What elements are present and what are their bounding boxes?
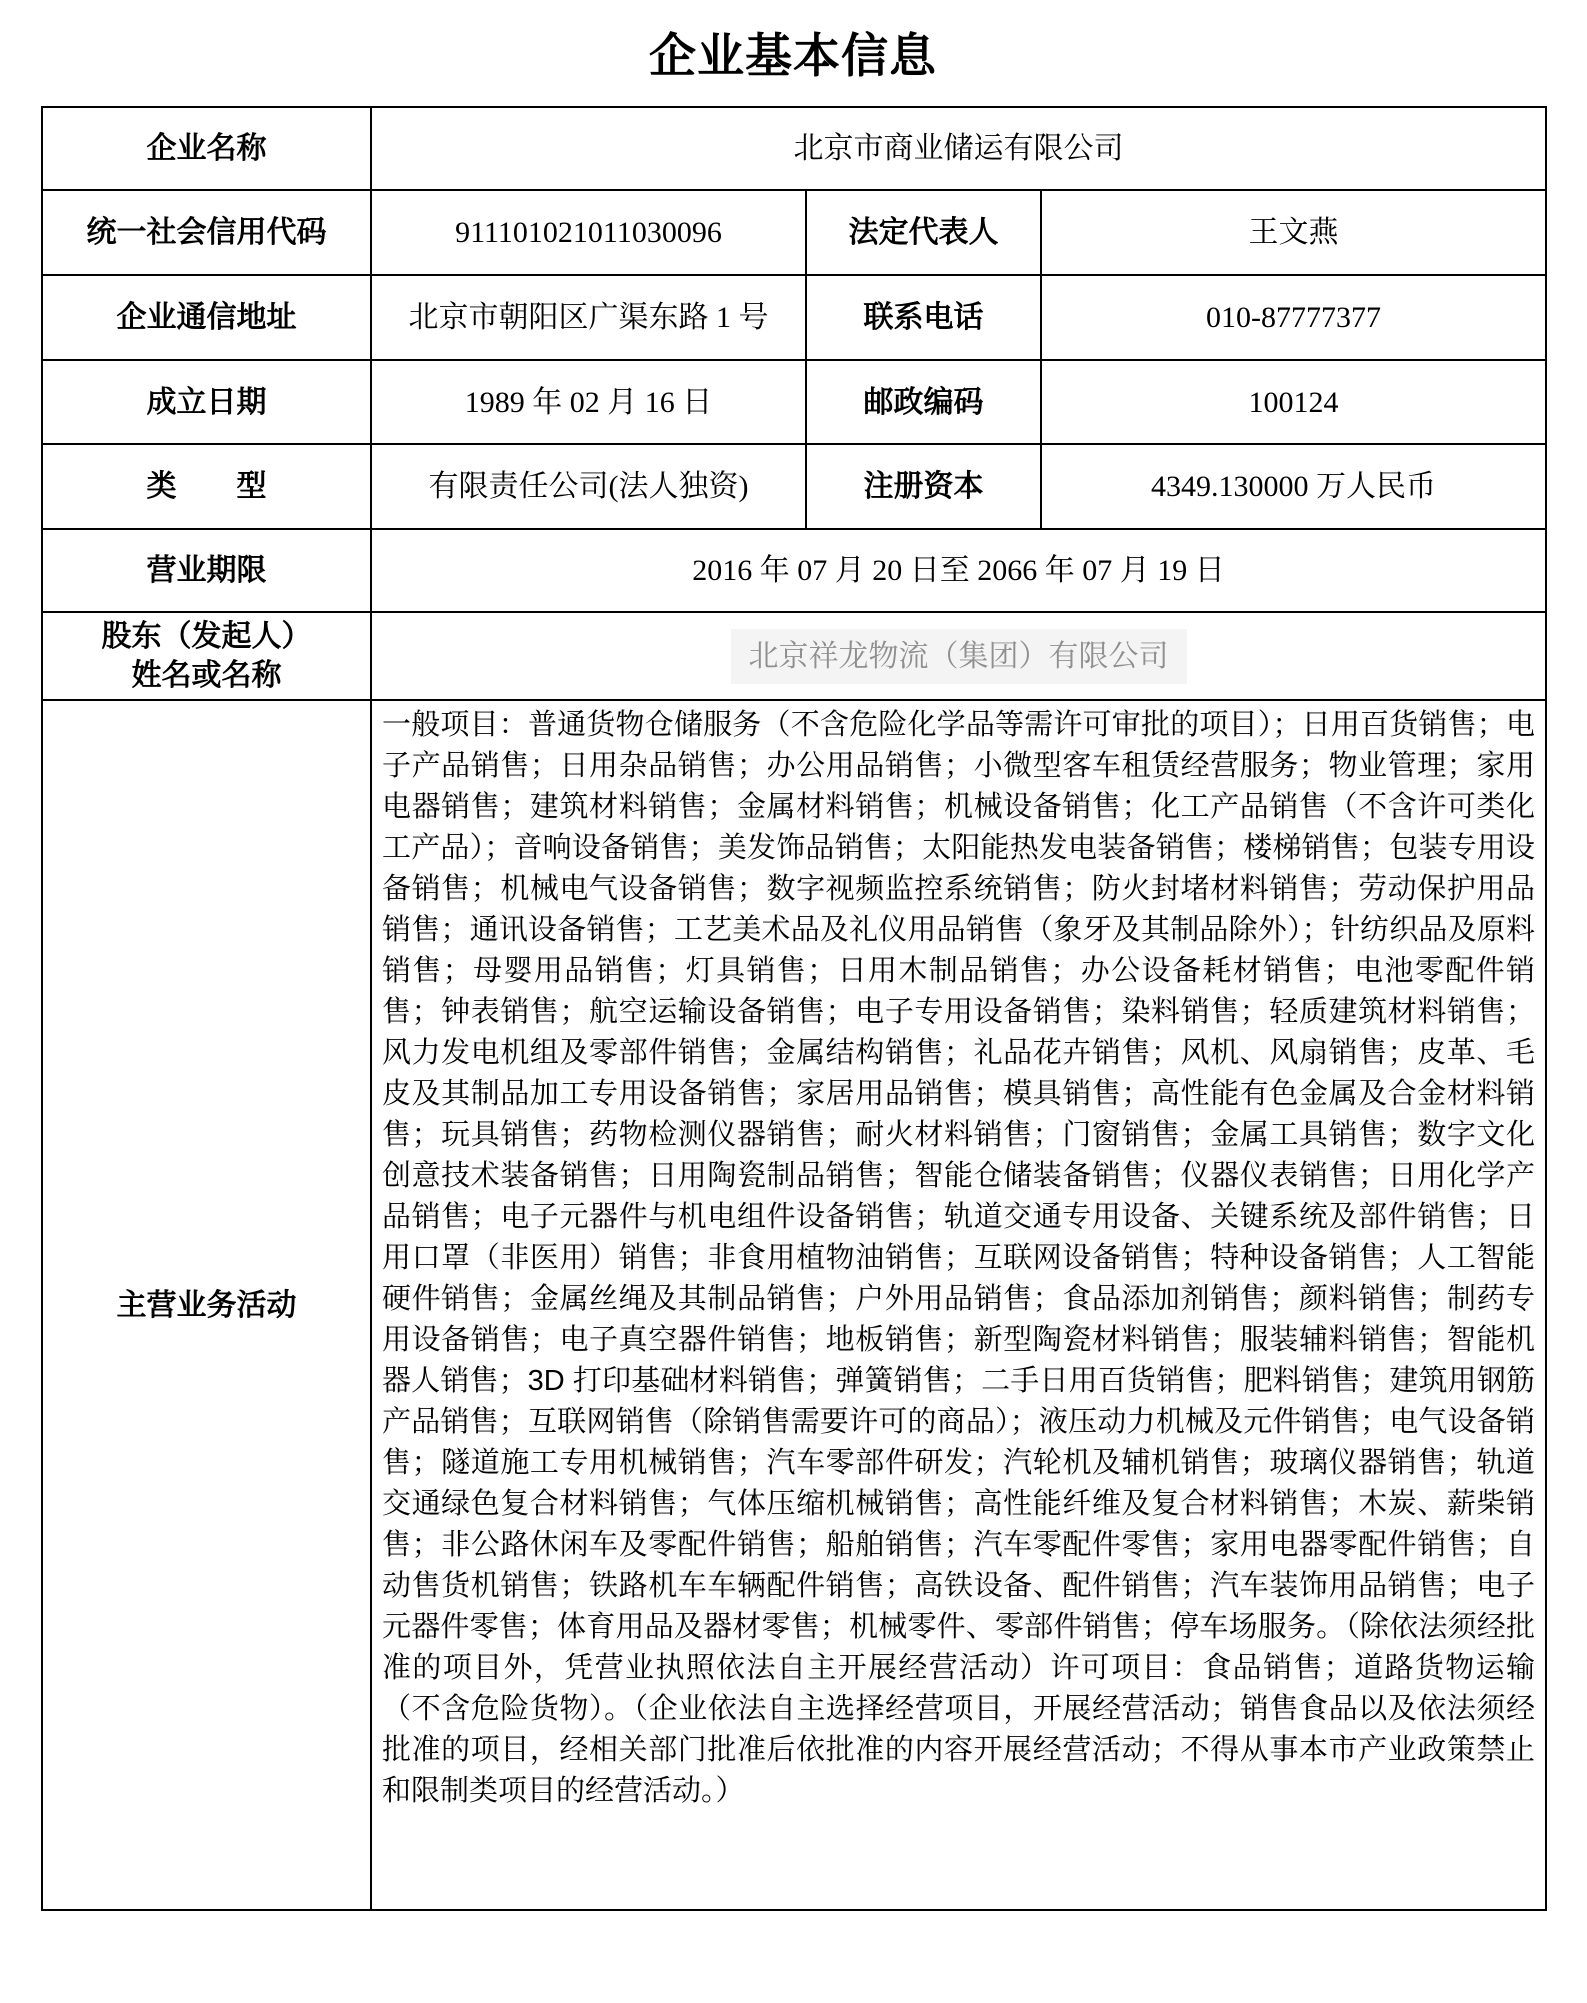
- legal-rep-label: 法定代表人: [806, 190, 1041, 275]
- registered-capital-label: 注册资本: [806, 444, 1041, 529]
- company-name-label: 企业名称: [42, 107, 371, 190]
- company-type-label: 类 型: [42, 444, 371, 529]
- business-scope-value: 一般项目：普通货物仓储服务（不含危险化学品等需许可审批的项目）；日用百货销售；电…: [371, 700, 1546, 1910]
- page-title: 企业基本信息: [41, 0, 1545, 84]
- legal-rep-value: 王文燕: [1041, 190, 1546, 275]
- table-row: 企业名称 北京市商业储运有限公司: [42, 107, 1546, 190]
- established-value: 1989 年 02 月 16 日: [371, 360, 806, 444]
- shareholder-value: 北京祥龙物流（集团）有限公司: [731, 629, 1187, 684]
- company-info-table: 企业名称 北京市商业储运有限公司 统一社会信用代码 91110102101103…: [41, 106, 1547, 1911]
- table-row: 营业期限 2016 年 07 月 20 日至 2066 年 07 月 19 日: [42, 529, 1546, 612]
- postal-code-label: 邮政编码: [806, 360, 1041, 444]
- table-row: 类 型 有限责任公司(法人独资) 注册资本 4349.130000 万人民币: [42, 444, 1546, 529]
- shareholder-label: 股东（发起人） 姓名或名称: [42, 612, 371, 700]
- business-scope-label: 主营业务活动: [42, 700, 371, 1910]
- credit-code-label: 统一社会信用代码: [42, 190, 371, 275]
- table-row: 企业通信地址 北京市朝阳区广渠东路 1 号 联系电话 010-87777377: [42, 275, 1546, 360]
- document-page: 企业基本信息 企业名称 北京市商业储运有限公司 统一社会信用代码 9111010…: [0, 0, 1587, 2003]
- business-term-label: 营业期限: [42, 529, 371, 612]
- business-term-value: 2016 年 07 月 20 日至 2066 年 07 月 19 日: [371, 529, 1546, 612]
- phone-value: 010-87777377: [1041, 275, 1546, 360]
- postal-code-value: 100124: [1041, 360, 1546, 444]
- company-type-value: 有限责任公司(法人独资): [371, 444, 806, 529]
- table-row: 成立日期 1989 年 02 月 16 日 邮政编码 100124: [42, 360, 1546, 444]
- phone-label: 联系电话: [806, 275, 1041, 360]
- table-row: 统一社会信用代码 911101021011030096 法定代表人 王文燕: [42, 190, 1546, 275]
- address-label: 企业通信地址: [42, 275, 371, 360]
- established-label: 成立日期: [42, 360, 371, 444]
- registered-capital-value: 4349.130000 万人民币: [1041, 444, 1546, 529]
- table-row: 主营业务活动 一般项目：普通货物仓储服务（不含危险化学品等需许可审批的项目）；日…: [42, 700, 1546, 1910]
- shareholder-value-cell: 北京祥龙物流（集团）有限公司: [371, 612, 1546, 700]
- company-name-value: 北京市商业储运有限公司: [371, 107, 1546, 190]
- credit-code-value: 911101021011030096: [371, 190, 806, 275]
- table-row: 股东（发起人） 姓名或名称 北京祥龙物流（集团）有限公司: [42, 612, 1546, 700]
- address-value: 北京市朝阳区广渠东路 1 号: [371, 275, 806, 360]
